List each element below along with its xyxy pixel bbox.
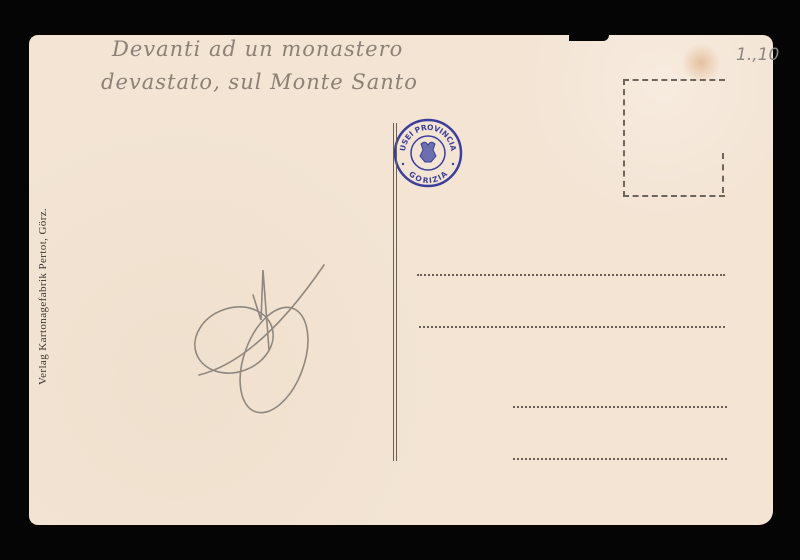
address-line-3 <box>513 406 727 408</box>
pencil-price-note: 1.,10 <box>736 45 779 65</box>
foxing-stain <box>681 43 721 83</box>
publisher-imprint: Verlag Kartonagefabrik Pertot, Görz. <box>37 208 49 385</box>
message-address-divider <box>393 123 397 461</box>
address-line-1 <box>417 274 725 276</box>
stamp-placeholder-box <box>623 79 725 197</box>
postcard-back: Devanti ad un monastero devastato, sul M… <box>29 35 773 525</box>
address-line-2 <box>419 326 725 328</box>
address-line-4 <box>513 458 727 460</box>
stamp-placeholder-box-right-edge <box>722 153 724 193</box>
museum-stamp-icon: MUSEI PROVINCIALI GORIZIA <box>393 118 463 188</box>
torn-edge <box>569 33 609 41</box>
pencil-signature-icon <box>179 260 329 425</box>
handwritten-caption-line-2: devastato, sul Monte Santo <box>101 70 418 94</box>
handwritten-caption-line-1: Devanti ad un monastero <box>112 37 403 61</box>
